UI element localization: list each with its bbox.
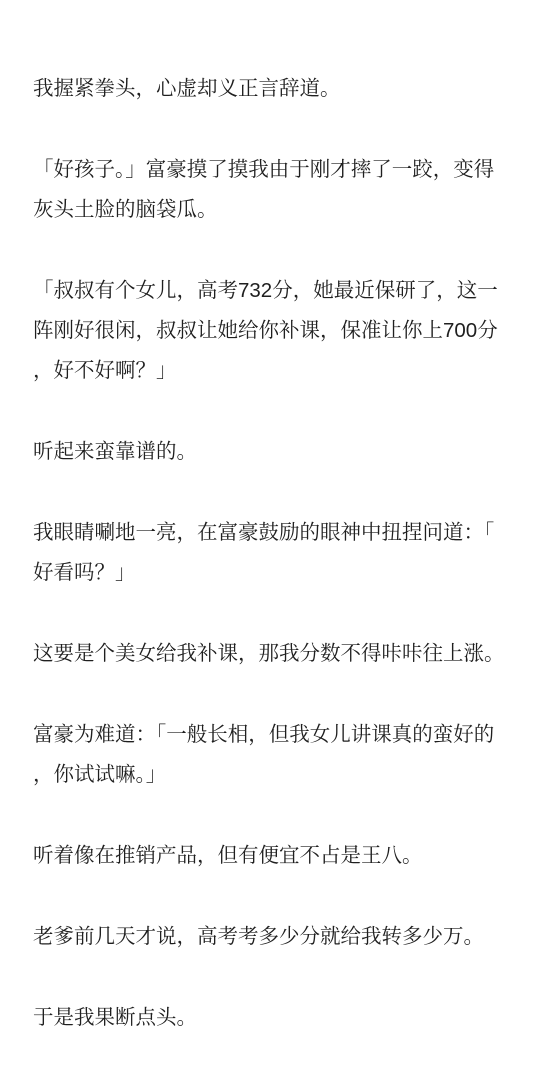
paragraph: 这要是个美女给我补课，那我分数不得咔咔往上涨。: [33, 634, 507, 674]
paragraph: 富豪为难道：「一般长相，但我女儿讲课真的蛮好的，你试试嘛。」: [33, 715, 507, 795]
paragraph: 我眼睛唰地一亮，在富豪鼓励的眼神中扭捏问道：「好看吗？」: [33, 513, 507, 593]
paragraph: 「叔叔有个女儿，高考732分，她最近保研了，这一阵刚好很闲，叔叔让她给你补课，保…: [33, 271, 507, 391]
paragraph: 我握紧拳头，心虚却义正言辞道。: [33, 69, 507, 109]
paragraph: 听起来蛮靠谱的。: [33, 432, 507, 472]
paragraph: 「好孩子。」富豪摸了摸我由于刚才摔了一跤，变得灰头土脸的脑袋瓜。: [33, 150, 507, 230]
reader-page[interactable]: 我握紧拳头，心虚却义正言辞道。「好孩子。」富豪摸了摸我由于刚才摔了一跤，变得灰头…: [0, 0, 540, 1038]
paragraph: 听着像在推销产品，但有便宜不占是王八。: [33, 836, 507, 876]
paragraph: 于是我果断点头。: [33, 998, 507, 1038]
paragraph: 老爹前几天才说，高考考多少分就给我转多少万。: [33, 917, 507, 957]
story-text: 我握紧拳头，心虚却义正言辞道。「好孩子。」富豪摸了摸我由于刚才摔了一跤，变得灰头…: [33, 69, 507, 1038]
